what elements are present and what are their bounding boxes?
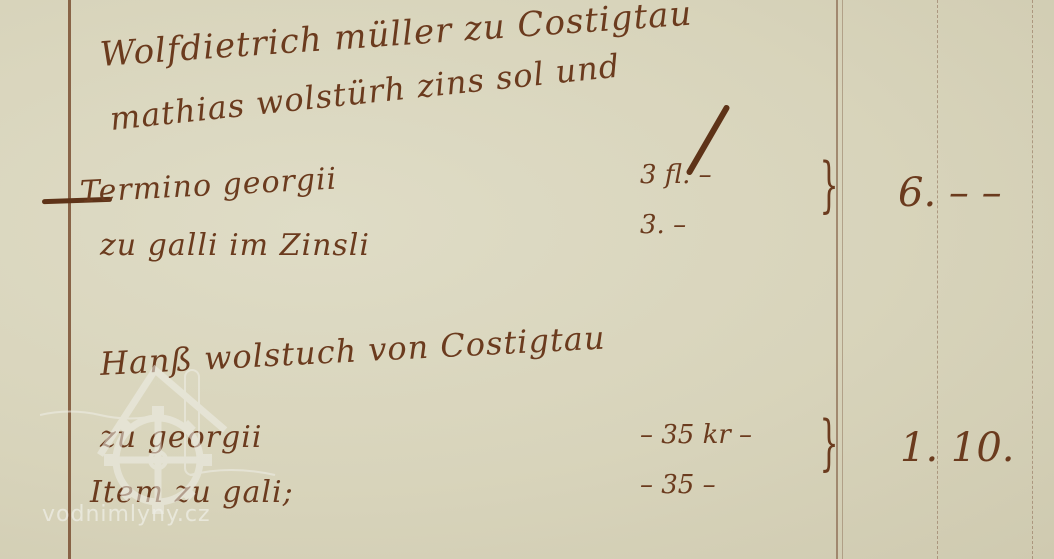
kreuzer-column-rule xyxy=(1032,0,1034,559)
gulden-column-rule xyxy=(937,0,939,559)
entry-2-brace: } xyxy=(820,408,839,478)
manuscript-page: Wolfdietrich müller zu Costigtau mathias… xyxy=(0,0,1054,559)
entry-2-total: 1. 10. xyxy=(900,425,1015,471)
entry-1-line-4: zu galli im Zinsli xyxy=(100,228,370,263)
entry-1-line-3: Termino georgii xyxy=(79,162,338,210)
entry-2-amount-1: – 35 kr – xyxy=(640,420,752,450)
entry-1-amount-1: 3 fl. – xyxy=(640,160,712,190)
entry-2-amount-2: – 35 – xyxy=(640,470,716,500)
entry-1-amount-2: 3. – xyxy=(640,210,686,240)
amount-column-rule-inner xyxy=(842,0,843,559)
entry-1-total: 6. – – xyxy=(898,170,1002,216)
entry-1-brace: } xyxy=(820,150,839,220)
watermark-text: vodnimlyny.cz xyxy=(42,502,211,527)
